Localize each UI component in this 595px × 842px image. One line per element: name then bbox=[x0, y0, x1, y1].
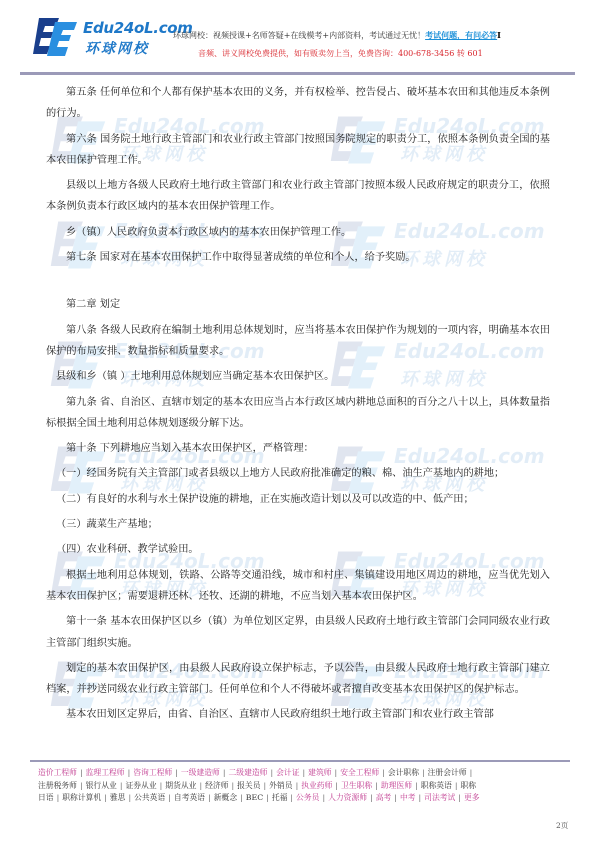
footer-row-3: 日语|职称计算机|雅思|公共英语|自考英语|新概念|BEC|托福|公务员|人力资… bbox=[38, 792, 568, 805]
document-body: 第五条 任何单位和个人都有保护基本农田的义务，并有权检举、控告侵占、破坏基本农田… bbox=[46, 82, 550, 730]
footer-separator: | bbox=[335, 781, 338, 790]
footer-link[interactable]: 证券从业 bbox=[125, 781, 156, 790]
footer-link[interactable]: 自考英语 bbox=[174, 793, 205, 802]
footer-link[interactable]: 更多 bbox=[464, 793, 480, 802]
article-10-item-1: （一）经国务院有关主管部门或者县级以上地方人民政府批准确定的粮、棉、油生产基地内… bbox=[46, 463, 550, 484]
article-8: 第八条 各级人民政府在编制土地利用总体规划时，应当将基本农田保护作为规划的一项内… bbox=[46, 320, 550, 363]
footer-separator: | bbox=[128, 793, 131, 802]
article-10-item-2: （二）有良好的水利与水土保护设施的耕地，正在实施改造计划以及可以改造的中、低产田… bbox=[46, 489, 550, 510]
footer-separator: | bbox=[270, 768, 273, 777]
footer-separator: | bbox=[168, 793, 171, 802]
footer-link[interactable]: 造价工程师 bbox=[38, 768, 77, 777]
footer-link[interactable]: 职称英语 bbox=[421, 781, 452, 790]
footer-separator: | bbox=[232, 781, 235, 790]
footer-separator: | bbox=[80, 768, 83, 777]
footer-link[interactable]: 高考 bbox=[376, 793, 392, 802]
article-6-clause-2: 县级以上地方各级人民政府土地行政主管部门和农业行政主管部门按照本级人民政府规定的… bbox=[46, 175, 550, 218]
article-6: 第六条 国务院土地行政主管部门和农业行政主管部门按照国务院规定的职责分工，依照本… bbox=[46, 129, 550, 172]
footer-link[interactable]: 公共英语 bbox=[134, 793, 165, 802]
footer-separator: | bbox=[422, 768, 425, 777]
footer-link[interactable]: 经济师 bbox=[205, 781, 228, 790]
tagline-text: 环球网校：视频授课+名师答疑+在线模考+内部资料，考试通过无忧！ bbox=[173, 31, 425, 40]
footer-separator: | bbox=[303, 768, 306, 777]
promo-link[interactable]: 考试何题，有问必答 bbox=[425, 30, 497, 40]
article-6-clause-3: 乡（镇）人民政府负责本行政区域内的基本农田保护管理工作。 bbox=[46, 222, 550, 243]
article-10: 第十条 下列耕地应当划入基本农田保护区，严格管理： bbox=[46, 438, 550, 459]
page-number: 2页 bbox=[556, 820, 568, 831]
footer-separator: | bbox=[415, 781, 418, 790]
footer-link[interactable]: 执业药师 bbox=[301, 781, 332, 790]
footer-separator: | bbox=[322, 793, 325, 802]
article-5: 第五条 任何单位和个人都有保护基本农田的义务，并有权检举、控告侵占、破坏基本农田… bbox=[46, 82, 550, 125]
footer-link[interactable]: 监理工程师 bbox=[86, 768, 125, 777]
article-10-item-3: （三）蔬菜生产基地； bbox=[46, 514, 550, 535]
footer-link[interactable]: 助理医师 bbox=[381, 781, 412, 790]
article-8-clause-2: 县级和乡（镇 ）土地利用总体规划应当确定基本农田保护区。 bbox=[46, 366, 550, 387]
promo-suffix: I bbox=[497, 30, 501, 40]
footer-separator: | bbox=[382, 768, 385, 777]
footer-separator: | bbox=[290, 793, 293, 802]
footer-link[interactable]: 司法考试 bbox=[424, 793, 455, 802]
footer-separator: | bbox=[175, 768, 178, 777]
footer-link[interactable]: 职称 bbox=[461, 781, 477, 790]
footer-link[interactable]: 日语 bbox=[38, 793, 54, 802]
article-9: 第九条 省、自治区、直辖市划定的基本农田应当占本行政区域内耕地总面积的百分之八十… bbox=[46, 392, 550, 435]
article-10-item-4: （四）农业科研、教学试验田。 bbox=[46, 539, 550, 560]
footer-separator: | bbox=[266, 793, 269, 802]
footer-link[interactable]: 咨询工程师 bbox=[133, 768, 172, 777]
footer-separator: | bbox=[160, 781, 163, 790]
edu24ol-logo[interactable]: Edu24oL.com 环球网校 bbox=[33, 16, 168, 60]
footer-link[interactable]: 卫生职称 bbox=[341, 781, 372, 790]
footer-separator: | bbox=[419, 793, 422, 802]
footer-separator: | bbox=[120, 781, 123, 790]
header-divider bbox=[20, 72, 575, 75]
footer-link[interactable]: 新概念 bbox=[214, 793, 237, 802]
article-7: 第七条 国家对在基本农田保护工作中取得显著成绩的单位和个人，给予奖励。 bbox=[46, 247, 550, 268]
footer-link[interactable]: 期货从业 bbox=[165, 781, 196, 790]
article-11: 第十一条 基本农田保护区以乡（镇）为单位划区定界，由县级人民政府土地行政主管部门… bbox=[46, 611, 550, 654]
footer-separator: | bbox=[80, 781, 83, 790]
footer-link[interactable]: 会计证 bbox=[276, 768, 299, 777]
footer-separator: | bbox=[296, 781, 299, 790]
footer-link[interactable]: 人力资源师 bbox=[328, 793, 367, 802]
footer-link[interactable]: 银行从业 bbox=[86, 781, 117, 790]
chapter-2-heading: 第二章 划定 bbox=[46, 294, 550, 315]
footer-link[interactable]: 注册税务师 bbox=[38, 781, 77, 790]
footer-link[interactable]: 公务员 bbox=[296, 793, 319, 802]
footer-link[interactable]: 一级建造师 bbox=[181, 768, 220, 777]
footer-link[interactable]: 职称计算机 bbox=[62, 793, 101, 802]
footer-separator: | bbox=[264, 781, 267, 790]
footer-link[interactable]: 外销员 bbox=[269, 781, 292, 790]
footer-links: 造价工程师|监理工程师|咨询工程师|一级建造师|二级建造师|会计证|建筑师|安全… bbox=[38, 767, 568, 805]
footer-separator: | bbox=[57, 793, 60, 802]
footer-separator: | bbox=[208, 793, 211, 802]
footer-separator: | bbox=[455, 781, 458, 790]
footer-link[interactable]: 注册会计师 bbox=[428, 768, 467, 777]
footer-link[interactable]: 会计职称 bbox=[388, 768, 419, 777]
footer-separator: | bbox=[470, 768, 473, 777]
article-11-clause-3: 基本农田划区定界后，由省、自治区、直辖市人民政府组织土地行政主管部门和农业行政主… bbox=[46, 704, 550, 725]
logo-ee-icon bbox=[33, 16, 77, 58]
article-10-clause-2: 根据土地利用总体规划，铁路、公路等交通沿线，城市和村庄、集镇建设用地区周边的耕地… bbox=[46, 565, 550, 608]
footer-separator: | bbox=[370, 793, 373, 802]
footer-link[interactable]: 安全工程师 bbox=[340, 768, 379, 777]
footer-separator: | bbox=[223, 768, 226, 777]
footer-row-2: 注册税务师|银行从业|证券从业|期货从业|经济师|报关员|外销员|执业药师|卫生… bbox=[38, 780, 568, 793]
footer-link[interactable]: 报关员 bbox=[237, 781, 260, 790]
footer-separator: | bbox=[104, 793, 107, 802]
footer-link[interactable]: 二级建造师 bbox=[229, 768, 268, 777]
header-tagline: 环球网校：视频授课+名师答疑+在线模考+内部资料，考试通过无忧！考试何题，有问必… bbox=[173, 30, 501, 41]
footer-divider bbox=[30, 760, 570, 762]
footer-separator: | bbox=[375, 781, 378, 790]
page-header: Edu24oL.com 环球网校 环球网校：视频授课+名师答疑+在线模考+内部资… bbox=[0, 0, 595, 76]
footer-separator: | bbox=[458, 793, 461, 802]
footer-link[interactable]: 中考 bbox=[400, 793, 416, 802]
footer-separator: | bbox=[335, 768, 338, 777]
footer-link[interactable]: BEC bbox=[246, 793, 263, 802]
footer-link[interactable]: 托福 bbox=[272, 793, 288, 802]
footer-separator: | bbox=[394, 793, 397, 802]
header-notice: 音频、讲义网校免费提供，如有贩卖勿上当，免费咨询：400-678-3456 转 … bbox=[198, 48, 483, 59]
article-11-clause-2: 划定的基本农田保护区，由县级人民政府设立保护标志，予以公告，由县级人民政府土地行… bbox=[46, 658, 550, 701]
footer-separator: | bbox=[240, 793, 243, 802]
footer-link[interactable]: 雅思 bbox=[110, 793, 126, 802]
footer-link[interactable]: 建筑师 bbox=[308, 768, 331, 777]
footer-separator: | bbox=[128, 768, 131, 777]
logo-text-cn: 环球网校 bbox=[85, 38, 149, 58]
footer-row-1: 造价工程师|监理工程师|咨询工程师|一级建造师|二级建造师|会计证|建筑师|安全… bbox=[38, 767, 568, 780]
footer-separator: | bbox=[199, 781, 202, 790]
